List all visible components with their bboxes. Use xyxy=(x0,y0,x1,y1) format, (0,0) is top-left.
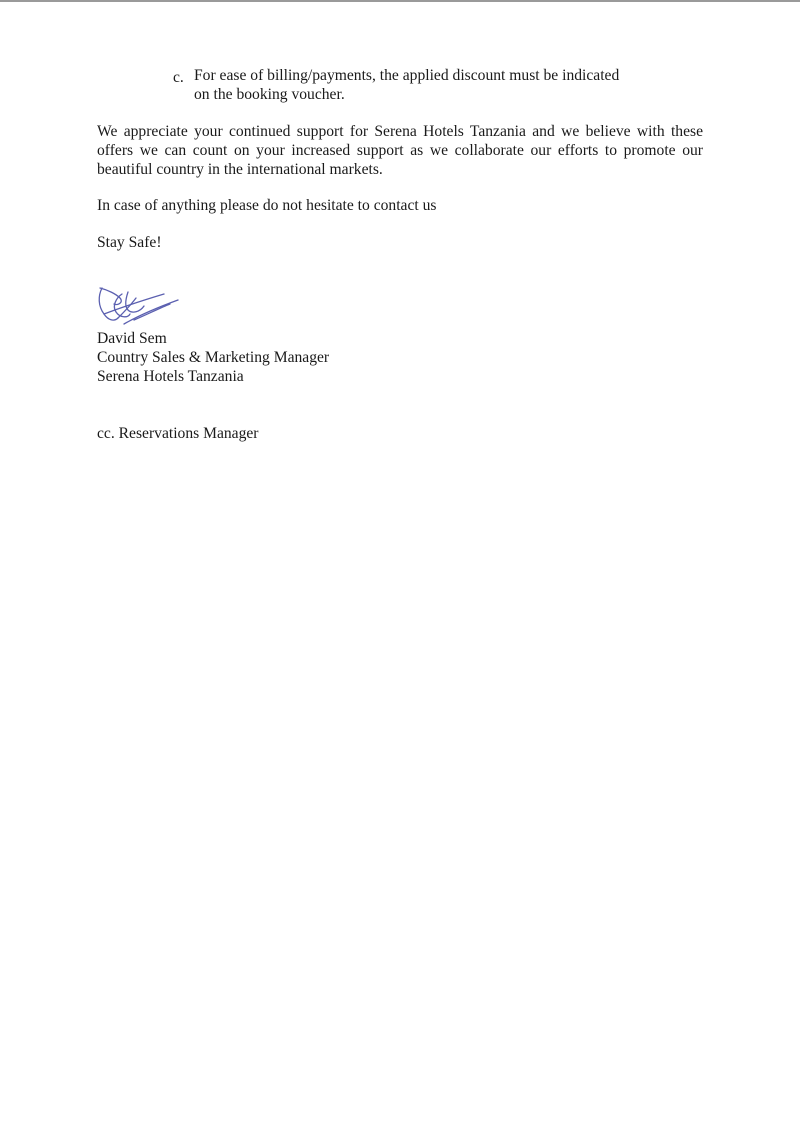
signature-icon xyxy=(94,284,184,332)
appreciation-paragraph: We appreciate your continued support for… xyxy=(97,122,703,179)
signatory-title: Country Sales & Marketing Manager xyxy=(97,348,329,367)
signatory-block: David Sem Country Sales & Marketing Mana… xyxy=(97,329,329,386)
page-top-border xyxy=(0,0,800,2)
signatory-name: David Sem xyxy=(97,329,329,348)
list-marker: c. xyxy=(173,68,184,87)
signatory-organization: Serena Hotels Tanzania xyxy=(97,367,329,386)
paragraph-line: beautiful country in the international m… xyxy=(97,160,703,179)
list-item-line: For ease of billing/payments, the applie… xyxy=(194,66,619,85)
list-item-text: For ease of billing/payments, the applie… xyxy=(194,66,619,104)
paragraph-line: We appreciate your continued support for… xyxy=(97,122,703,141)
cc-line: cc. Reservations Manager xyxy=(97,424,259,443)
list-item-line: on the booking voucher. xyxy=(194,85,619,104)
closing-salutation: Stay Safe! xyxy=(97,233,162,252)
contact-line: In case of anything please do not hesita… xyxy=(97,196,437,215)
paragraph-line: offers we can count on your increased su… xyxy=(97,141,703,160)
